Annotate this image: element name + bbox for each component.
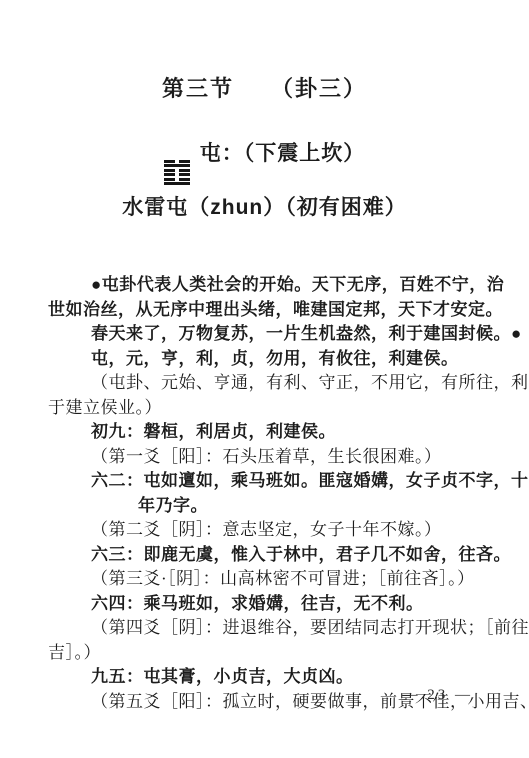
- body-line: 九五：屯其膏，小贞吉，大贞凶。: [48, 665, 493, 690]
- body-text: ●屯卦代表人类社会的开始。天下无序，百姓不宁，治世如治丝，从无序中理出头绪，唯建…: [0, 273, 529, 714]
- hexagram-line-broken: [164, 160, 190, 163]
- body-line: 世如治丝，从无序中理出头绪，唯建国定邦，天下才安定。: [48, 298, 493, 323]
- hexagram-line-broken: [164, 178, 190, 181]
- body-line: 初九：磐桓，利居贞，利建侯。: [48, 420, 493, 445]
- hexagram-subtitle: 水雷屯（zhun）（初有困难）: [0, 191, 529, 221]
- body-line: 于建立侯业。）: [48, 396, 493, 421]
- body-line: 六三：即鹿无虞，惟入于林中，君子几不如舍，往吝。: [48, 543, 493, 568]
- book-page: 第三节 （卦三） 屯：（下震上坎） 水雷屯（zhun）（初有困难） 、 ●屯卦代…: [0, 0, 529, 758]
- hexagram-line-solid: [164, 164, 190, 167]
- page-number: — 23 —: [403, 687, 474, 704]
- hexagram-title: 屯：（下震上坎）: [200, 142, 366, 165]
- body-line: （第四爻［阴］：进退维谷，要团结同志打开现状；［前往: [48, 616, 493, 641]
- body-line: （第三爻·［阴］：山高林密不可冒进；［前往吝］。）: [48, 567, 493, 592]
- hexagram-line-solid: [164, 182, 190, 185]
- body-line: 六二：屯如邅如，乘马班如。匪寇婚媾，女子贞不字，十: [48, 469, 493, 494]
- body-line: 吉］。）: [48, 641, 493, 666]
- body-line: 年乃字。: [48, 494, 493, 519]
- hexagram-title-row: 屯：（下震上坎）: [0, 137, 529, 185]
- hexagram-line-broken: [164, 173, 190, 176]
- hexagram-line-broken: [164, 169, 190, 172]
- body-line: ●屯卦代表人类社会的开始。天下无序，百姓不宁，治: [48, 273, 493, 298]
- body-line: （屯卦、元始、亨通，有利、守正，不用它，有所往，利: [48, 371, 493, 396]
- body-line: 春天来了，万物复苏，一片生机盎然，利于建国封候。●: [48, 322, 493, 347]
- stray-ink-mark: 、: [180, 197, 193, 216]
- zhun-hexagram-icon: [164, 160, 190, 185]
- body-line: 六四：乘马班如，求婚媾，往吉，无不利。: [48, 592, 493, 617]
- body-line: （第二爻［阴］：意志坚定，女子十年不嫁。）: [48, 518, 493, 543]
- body-line: （第一爻［阳］：石头压着草，生长很困难。）: [48, 445, 493, 470]
- body-line: 屯，元，亨，利，贞，勿用，有攸往，利建侯。: [48, 347, 493, 372]
- section-title: 第三节 （卦三）: [0, 0, 529, 103]
